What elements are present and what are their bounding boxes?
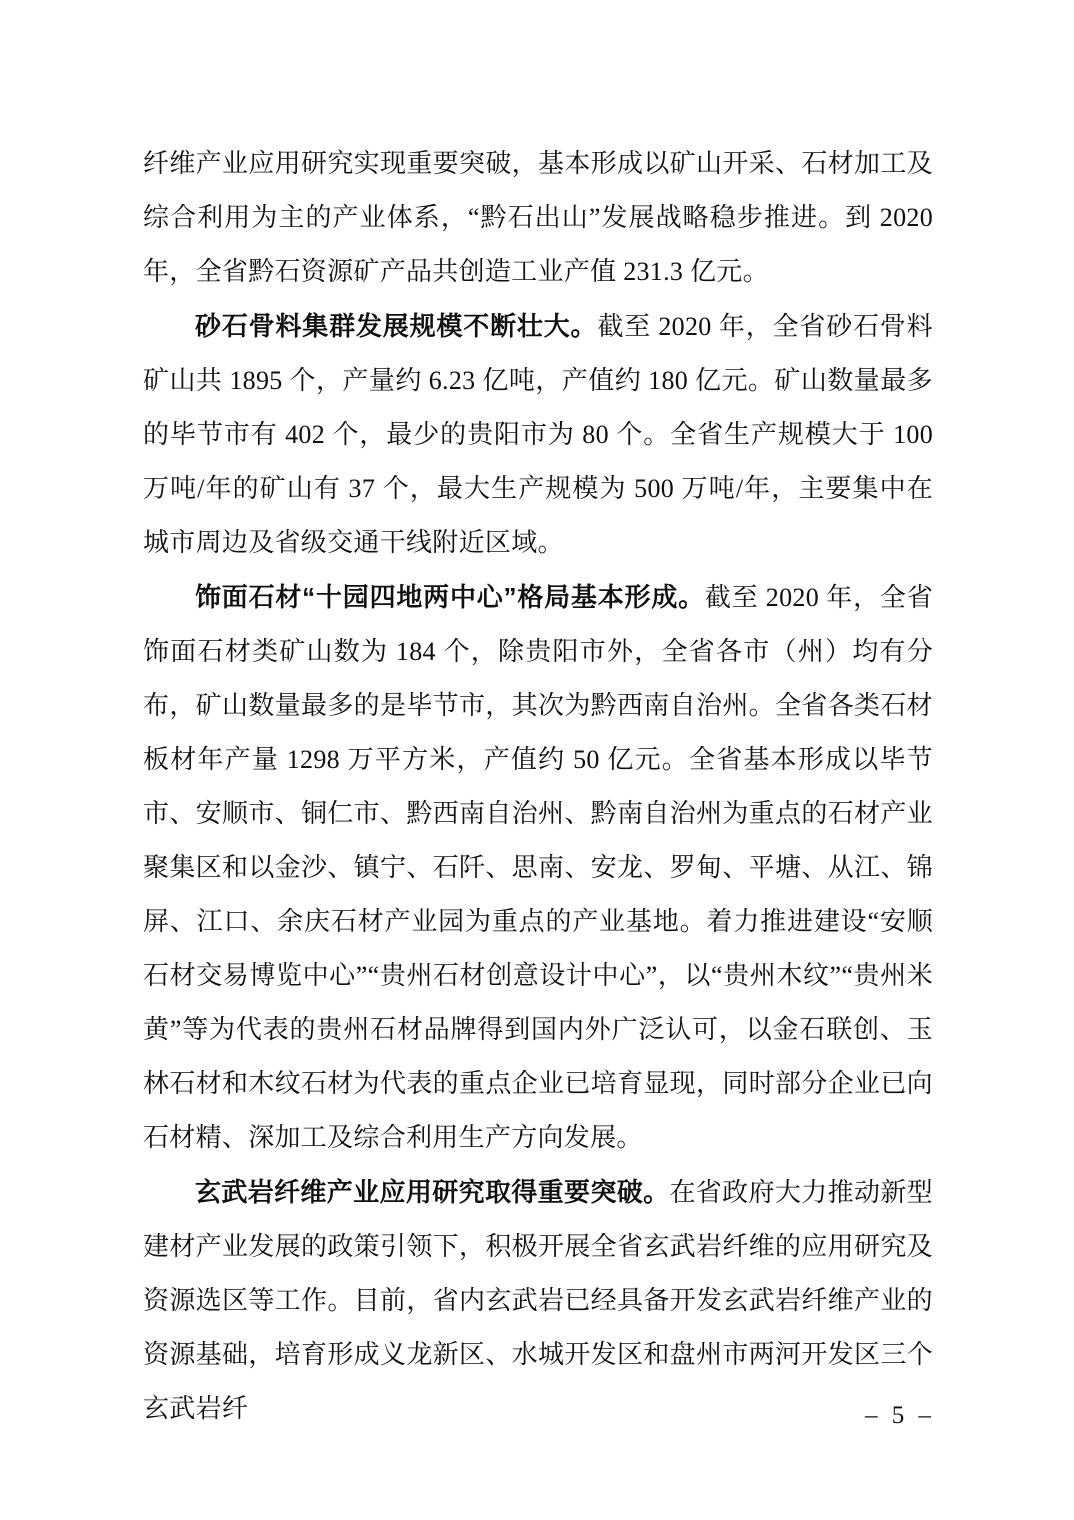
paragraph-sand-aggregate: 砂石骨料集群发展规模不断壮大。截至 2020 年，全省砂石骨料矿山共 1895 … [143,299,933,570]
document-body: 纤维产业应用研究实现重要突破，基本形成以矿山开采、石材加工及综合利用为主的产业体… [143,136,933,1436]
paragraph-lead: 玄武岩纤维产业应用研究取得重要突破。 [195,1177,669,1207]
paragraph-decorative-stone: 饰面石材“十园四地两中心”格局基本形成。截至 2020 年，全省饰面石材类矿山数… [143,570,933,1165]
paragraph-lead: 饰面石材“十园四地两中心”格局基本形成。 [195,582,705,612]
paragraph-text: 纤维产业应用研究实现重要突破，基本形成以矿山开采、石材加工及综合利用为主的产业体… [143,149,933,286]
paragraph-text: 在省政府大力推动新型建材产业发展的政策引领下，积极开展全省玄武岩纤维的应用研究及… [143,1178,933,1423]
paragraph-basalt-fiber: 玄武岩纤维产业应用研究取得重要突破。在省政府大力推动新型建材产业发展的政策引领下… [143,1165,933,1436]
paragraph-lead: 砂石骨料集群发展规模不断壮大。 [195,311,597,341]
page-number: – 5 – [865,1398,935,1434]
paragraph-text: 截至 2020 年，全省砂石骨料矿山共 1895 个，产量约 6.23 亿吨，产… [143,312,933,557]
document-page: 纤维产业应用研究实现重要突破，基本形成以矿山开采、石材加工及综合利用为主的产业体… [0,0,1074,1520]
paragraph-text: 截至 2020 年，全省饰面石材类矿山数为 184 个，除贵阳市外，全省各市（州… [143,583,933,1152]
paragraph-continued: 纤维产业应用研究实现重要突破，基本形成以矿山开采、石材加工及综合利用为主的产业体… [143,136,933,299]
